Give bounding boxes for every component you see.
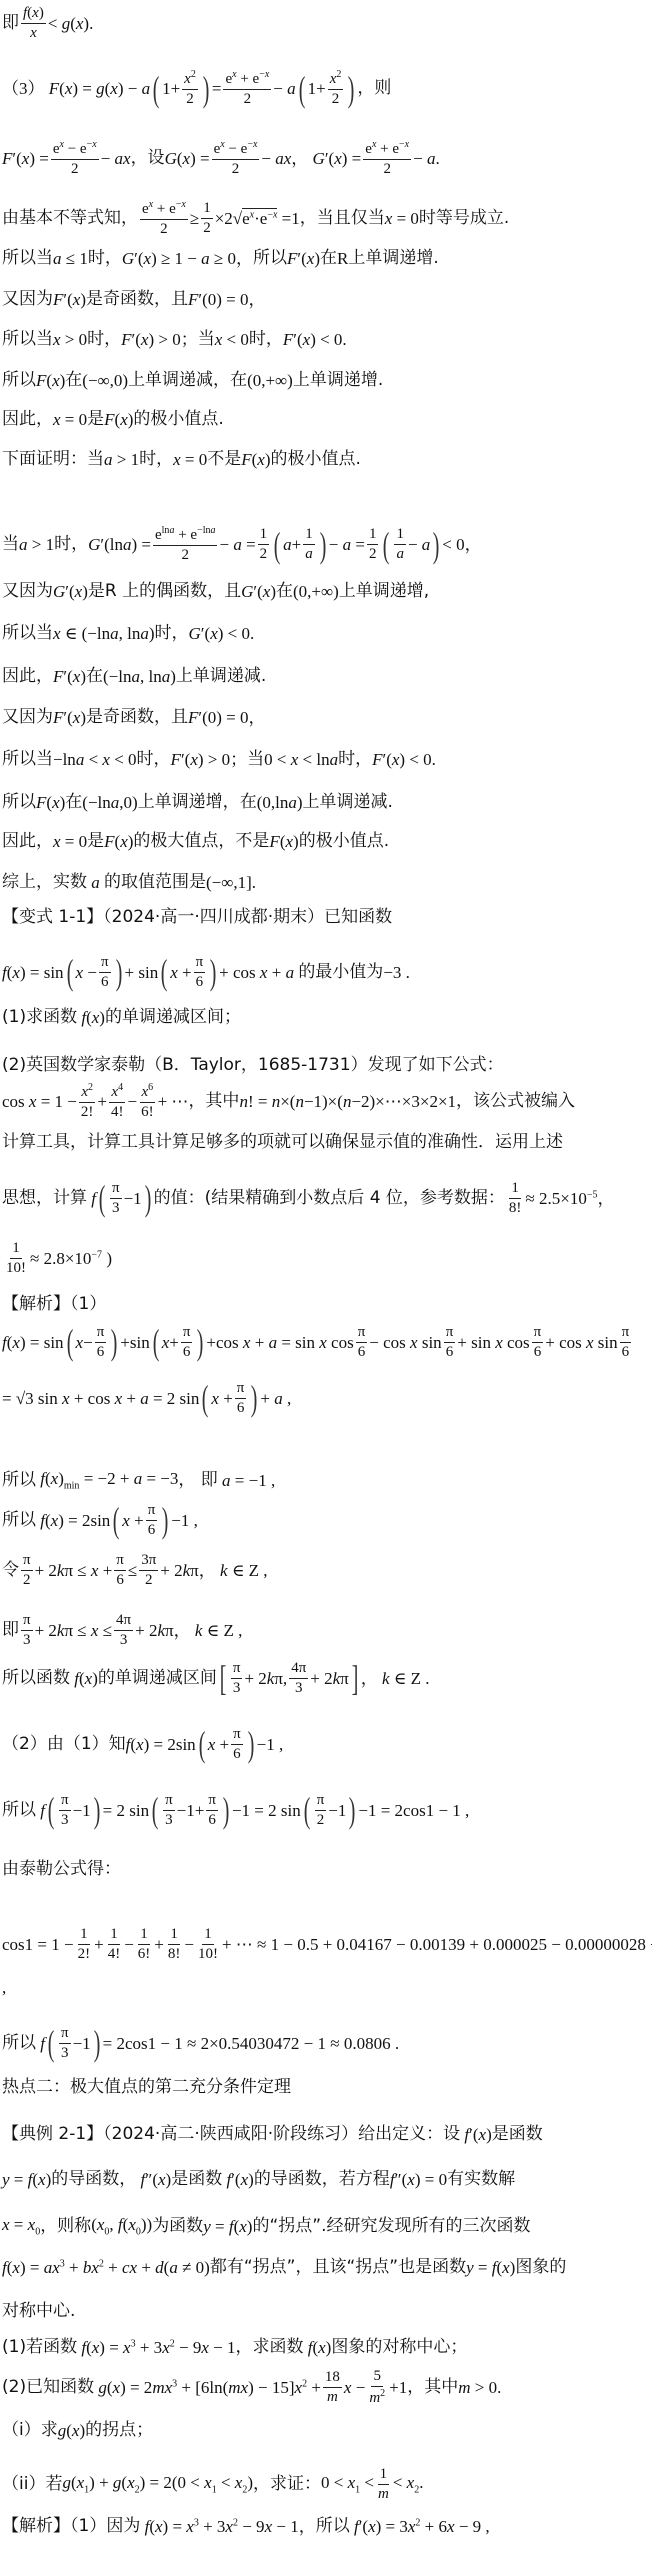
text-line: 所以当 x ∈ (−lna, lna)时， G′(x) < 0. xyxy=(2,625,254,642)
text: 所以 xyxy=(2,794,36,811)
text: ， 即 xyxy=(178,1472,217,1489)
text: ，则 xyxy=(357,80,391,97)
text: 有实数解 xyxy=(447,2171,515,2188)
text: 热点二：极大值点的第二充分条件定理 xyxy=(2,2079,291,2096)
text: 令 xyxy=(2,1562,19,1579)
text-line: (1)求函数 f(x)的单调递减区间； xyxy=(2,1009,241,1026)
text: 又因为 xyxy=(2,583,53,600)
text: 【变式 1-1】（2024·高一·四川成都·期末）已知函数 xyxy=(2,909,392,926)
text: 所以 xyxy=(2,2035,36,2052)
text-line: 又因为 F′(x)是奇函数，且 F′(0) = 0， xyxy=(2,291,266,308)
text: 上单调递减， xyxy=(128,372,230,389)
text: 上单调递减. xyxy=(176,668,266,685)
text: 因此， xyxy=(2,668,53,685)
section-heading: 【解析】（1）因为 f(x) = x3 + 3x2 − 9x − 1， 所以 f… xyxy=(2,2518,490,2535)
text: 是 xyxy=(87,411,104,428)
text: 时， xyxy=(54,536,88,553)
text: 在 xyxy=(320,250,337,267)
text: 在 xyxy=(240,794,257,811)
text: 所以 xyxy=(2,1512,36,1529)
text: 所以当 xyxy=(2,331,53,348)
text: 又因为 xyxy=(2,709,53,726)
text-line: (1)若函数 f(x) = x3 + 3x2 − 9x − 1 ，求函数 f(x… xyxy=(2,2339,467,2356)
text-line: 所以函数 f(x)的单调递减区间 [π3+ 2kπ, 4π3+ 2kπ]， k … xyxy=(2,1660,430,1696)
text: ，则称 xyxy=(40,2218,91,2235)
text-line: 所以 F(x)在 (−lna,0)上单调递增， 在 (0,lna)上单调递减. xyxy=(2,794,393,811)
text: 时， xyxy=(139,451,173,468)
text-line: 因此， F′(x)在 (−lna, lna)上单调递减. xyxy=(2,668,266,685)
text: ，其中 xyxy=(407,2379,458,2396)
text-line: (2)英国数学家泰勒（B．Taylor，1685-1731）发现了如下公式： xyxy=(2,1057,504,1074)
text: 思想，计算 xyxy=(2,1190,87,1207)
text-line: 所以当 a ≤ 1时， G′(x) ≥ 1 − a ≥ 0， 所以 F′(x)在… xyxy=(2,250,439,267)
text-line: 110!≈ 2.8×10−7 ) xyxy=(2,1241,112,1276)
text-line: 所以 f(π3−1) = 2cos1 − 1 ≈ 2×0.54030472 − … xyxy=(2,2025,399,2061)
text: 的极小值点. xyxy=(299,833,389,850)
text: 的“拐点”.经研究发现所有的三次函数 xyxy=(252,2218,530,2235)
text: 是函数 xyxy=(171,2171,222,2188)
text-line: （ii）若 g(x1) + g(x2) = 2(0 < x1 < x2) ，求证… xyxy=(2,2467,423,2502)
text: 在 xyxy=(65,794,82,811)
text: 是 xyxy=(87,833,104,850)
text: 上单调递减. xyxy=(303,794,393,811)
text: 即 xyxy=(2,15,19,32)
text: 又因为 xyxy=(2,291,53,308)
text-line: 综上，实数 a 的取值范围是 (−∞,1]. xyxy=(2,874,256,891)
text: 【典例 2-1】（2024·高二·陕西咸阳·阶段练习）给出定义：设 xyxy=(2,2126,460,2143)
text: 时， xyxy=(155,625,189,642)
text-line: 所以当 x > 0时， F′(x) > 0；当 x < 0时， F′(x) < … xyxy=(2,331,347,348)
text-line: 因此， x = 0是 F(x)的极大值点，不是 F(x)的极小值点. xyxy=(2,833,389,850)
text: 所以 xyxy=(2,372,36,389)
text-line: 由泰勒公式得： xyxy=(2,1861,121,1878)
text: 的极小值点. xyxy=(133,411,223,428)
text-line: 令 π2+ 2kπ ≤ x + π6≤3π2 + 2kπ， k ∈ Z , xyxy=(2,1553,268,1588)
text-line: F′(x) =ex − e−x2− ax ，设 G(x) =ex − e−x2−… xyxy=(2,140,440,177)
text: (1)若函数 xyxy=(2,2339,77,2356)
text: 的值：(结果精确到小数点后 4 位，参考数据： xyxy=(154,1190,505,1207)
text: 【解析】（1） xyxy=(2,1296,106,1313)
text: 时等号成立. xyxy=(419,210,509,227)
text: 的导函数，若方程 xyxy=(254,2171,390,2188)
text: 图象的对称中心； xyxy=(331,2339,467,2356)
text-line: , xyxy=(2,1979,6,1996)
text: ，求函数 xyxy=(235,2339,303,2356)
text-line: 又因为 F′(x)是奇函数，且 F′(0) = 0， xyxy=(2,709,266,726)
text: 即 xyxy=(2,1622,19,1639)
text-line: 又因为 G′(x)是R 上的偶函数，且 G′(x)在 (0,+∞)上单调递增, xyxy=(2,583,429,600)
text: 计算工具，计算工具计算足够多的项就可以确保显示值的准确性．运用上述 xyxy=(2,1134,563,1151)
text: 时， xyxy=(249,331,283,348)
text: 当 xyxy=(2,536,19,553)
text-line: 即 f(x)x < g(x). xyxy=(2,6,93,41)
text-line: 所以 F(x)在 (−∞,0)上单调递减， 在 (0,+∞)上单调递增. xyxy=(2,372,383,389)
section-heading: 【典例 2-1】（2024·高二·陕西咸阳·阶段练习）给出定义：设 f′(x)是… xyxy=(2,2126,543,2143)
text-line: （i）求 g(x)的拐点； xyxy=(2,2422,153,2439)
text: 上单调递增， xyxy=(138,794,240,811)
text: (2)英国数学家泰勒（B．Taylor，1685-1731）发现了如下公式： xyxy=(2,1057,504,1074)
text: ，设 xyxy=(131,150,165,167)
section-heading: 【变式 1-1】（2024·高一·四川成都·期末）已知函数 xyxy=(2,909,392,926)
text: 的导函数， xyxy=(51,2171,136,2188)
text: ，该公式被编入 xyxy=(456,1093,575,1110)
text: 由基本不等式知， xyxy=(2,210,138,227)
text: 时， xyxy=(87,331,121,348)
text: 是函数 xyxy=(492,2126,543,2143)
text: 的单调递减区间； xyxy=(105,1009,241,1026)
text: 时， xyxy=(88,250,122,267)
text: 在 xyxy=(86,668,103,685)
text: 的拐点； xyxy=(85,2422,153,2439)
text: 对称中心. xyxy=(2,2303,75,2320)
text: 都有“拐点”，且该“拐点”也是函数 xyxy=(210,2259,466,2276)
text: 因此， xyxy=(2,411,53,428)
text-line: （2）由（1）知 f(x) = 2sin(x +π6)−1 , xyxy=(2,1726,283,1762)
fraction: f(x)x xyxy=(21,6,46,41)
text-line: 所以 f(x) = 2sin(x +π6)−1 , xyxy=(2,1502,198,1538)
text: 是奇函数，且 xyxy=(86,709,188,726)
text: (2)已知函数 xyxy=(2,2379,94,2396)
text: 上单调递增. xyxy=(348,250,438,267)
text: 所以 xyxy=(316,2518,350,2535)
text: 的最小值为 xyxy=(298,964,383,981)
text: 所以 xyxy=(2,1472,36,1489)
text-line: y = f(x)的导函数， f″(x)是函数 f′(x)的导函数，若方程 f″(… xyxy=(2,2171,515,2188)
text: 上单调递增. xyxy=(293,372,383,389)
text: 由泰勒公式得： xyxy=(2,1861,121,1878)
text: 当 xyxy=(198,331,215,348)
text: 所以当 xyxy=(2,250,53,267)
text: 所以 xyxy=(253,250,287,267)
text-line: 所以当 −lna < x < 0时， F′(x) > 0；当 0 < x < l… xyxy=(2,751,436,768)
section-heading: 【解析】（1） xyxy=(2,1296,106,1313)
text: 所以当 xyxy=(2,625,53,642)
text-line: f(x) = ax3 + bx2 + cx + d(a ≠ 0) 都有“拐点”，… xyxy=(2,2259,566,2276)
text: （ii）若 xyxy=(2,2476,62,2493)
text: 【解析】（1）因为 xyxy=(2,2518,140,2535)
text: 综上，实数 xyxy=(2,874,87,891)
text: 为函数 xyxy=(152,2218,203,2235)
text: 在 xyxy=(65,372,82,389)
text-line: 当 a > 1时， G′(lna) = elna + e−lna2 − a =1… xyxy=(2,526,482,563)
text-line: 因此， x = 0是 F(x)的极小值点. xyxy=(2,411,224,428)
text: 图象的 xyxy=(515,2259,566,2276)
section-heading: 热点二：极大值点的第二充分条件定理 xyxy=(2,2079,291,2096)
text-line: x = x0，则称 (x0, f(x0))为函数 y = f(x)的“拐点”.经… xyxy=(2,2216,530,2237)
text: ，其中 xyxy=(188,1093,239,1110)
text-line: 计算工具，计算工具计算足够多的项就可以确保显示值的准确性．运用上述 xyxy=(2,1134,563,1151)
text-line: = √3 sin x + cos x + a = 2 sin(x +π6)+ a… xyxy=(2,1380,291,1416)
text: 在 xyxy=(276,583,293,600)
text: 的极大值点，不是 xyxy=(133,833,269,850)
text-line: cos x = 1 −x22! +x44! −x66! + ⋯，其中 n! = … xyxy=(2,1083,575,1120)
text-line: f(x) = sin(x −π6) + sin(x +π6) + cos x +… xyxy=(2,954,410,990)
text-line: 即 π3+ 2kπ ≤ x ≤ 4π3+ 2kπ， k ∈ Z , xyxy=(2,1613,242,1648)
text-line: 思想，计算 f(π3−1) 的值：(结果精确到小数点后 4 位，参考数据： 18… xyxy=(2,1180,614,1216)
text-line: 对称中心. xyxy=(2,2303,75,2320)
text-line: (2)已知函数 g(x) = 2mx3 + [6ln(mx) − 15]x2 +… xyxy=(2,2369,501,2406)
text: 时， xyxy=(338,751,372,768)
text: 下面证明：当 xyxy=(2,451,104,468)
text-line: 所以 f(x)min = −2 + a = −3 ， 即 a = −1 , xyxy=(2,1470,275,1491)
text-line: 下面证明：当 a > 1时， x = 0不是 F(x)的极小值点. xyxy=(2,451,361,468)
text-line: （3） F(x) = g(x) − a(1+ x22) =ex + e−x2 −… xyxy=(2,70,391,107)
text: （i）求 xyxy=(2,2422,58,2439)
text-line: cos1 = 1 −12!+14! −16!+18! −110! + ⋯ ≈ 1… xyxy=(2,1927,652,1962)
text: 当 xyxy=(247,751,264,768)
text: 的极小值点. xyxy=(271,451,361,468)
text: 在 xyxy=(230,372,247,389)
text-line: 所以 f(π3−1) = 2 sin(π3−1+π6) −1 = 2 sin(π… xyxy=(2,1792,469,1828)
text: (1)求函数 xyxy=(2,1009,77,1026)
text: 所以函数 xyxy=(2,1670,70,1687)
text: , xyxy=(2,1979,6,1996)
text: 是奇函数，且 xyxy=(86,291,188,308)
text: 因此， xyxy=(2,833,53,850)
text: 的单调递减区间 xyxy=(98,1670,217,1687)
text: 的取值范围是 xyxy=(104,874,206,891)
text: 时， xyxy=(137,751,171,768)
text: 不是 xyxy=(207,451,241,468)
text: 是R 上的偶函数，且 xyxy=(88,583,241,600)
text-line: 由基本不等式知， ex + e−x2 ≥12×2√ex·e−x =1 ，当且仅当… xyxy=(2,200,509,237)
text: ，当且仅当 xyxy=(300,210,385,227)
text: ，求证： xyxy=(253,2476,321,2493)
text-line: f(x) = sin(x−π6) +sin(x+π6) +cos x + a =… xyxy=(2,1324,633,1360)
text: 所以 xyxy=(2,1802,36,1819)
text: （2）由（1）知 xyxy=(2,1736,126,1753)
text: 所以当 xyxy=(2,751,53,768)
